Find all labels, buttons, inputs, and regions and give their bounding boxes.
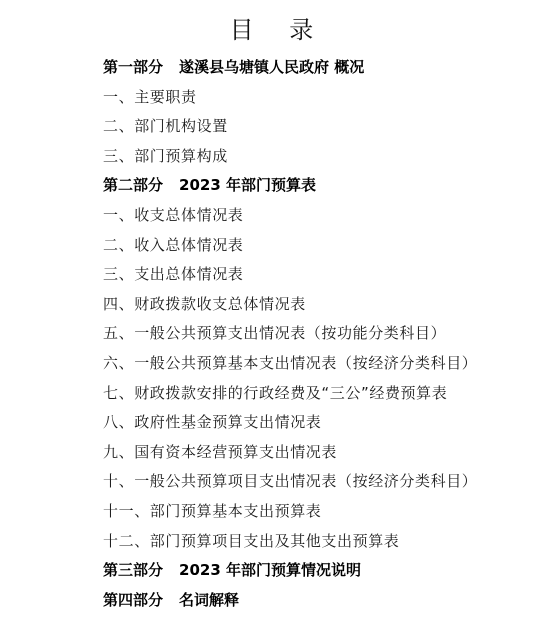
toc-item[interactable]: 八、政府性基金预算支出情况表 [103, 408, 477, 438]
toc-item[interactable]: 三、部门预算构成 [103, 142, 477, 172]
toc-item[interactable]: 六、一般公共预算基本支出情况表（按经济分类科目） [103, 349, 477, 379]
toc-part-1[interactable]: 第一部分遂溪县乌塘镇人民政府 概况 [103, 53, 477, 83]
toc-item[interactable]: 七、财政拨款安排的行政经费及“三公”经费预算表 [103, 379, 477, 409]
toc-item[interactable]: 四、财政拨款收支总体情况表 [103, 290, 477, 320]
part-number: 第三部分 [103, 556, 163, 586]
toc-item[interactable]: 九、国有资本经营预算支出情况表 [103, 438, 477, 468]
table-of-contents: 第一部分遂溪县乌塘镇人民政府 概况 一、主要职责 二、部门机构设置 三、部门预算… [103, 53, 477, 615]
toc-item[interactable]: 十、一般公共预算项目支出情况表（按经济分类科目） [103, 467, 477, 497]
part-number: 第一部分 [103, 53, 163, 83]
toc-title: 目 录 [0, 14, 543, 46]
toc-item[interactable]: 十一、部门预算基本支出预算表 [103, 497, 477, 527]
part-title: 2023 年部门预算情况说明 [179, 561, 361, 579]
toc-item[interactable]: 二、部门机构设置 [103, 112, 477, 142]
toc-item[interactable]: 二、收入总体情况表 [103, 231, 477, 261]
toc-part-4[interactable]: 第四部分名词解释 [103, 586, 477, 616]
toc-item[interactable]: 五、一般公共预算支出情况表（按功能分类科目） [103, 319, 477, 349]
part-number: 第二部分 [103, 171, 163, 201]
part-number: 第四部分 [103, 586, 163, 616]
toc-part-2[interactable]: 第二部分2023 年部门预算表 [103, 171, 477, 201]
part-title: 2023 年部门预算表 [179, 176, 316, 194]
toc-item[interactable]: 三、支出总体情况表 [103, 260, 477, 290]
part-title: 遂溪县乌塘镇人民政府 概况 [179, 58, 364, 76]
toc-item[interactable]: 一、收支总体情况表 [103, 201, 477, 231]
toc-item[interactable]: 十二、部门预算项目支出及其他支出预算表 [103, 527, 477, 557]
part-title: 名词解释 [179, 591, 239, 609]
toc-item[interactable]: 一、主要职责 [103, 83, 477, 113]
toc-part-3[interactable]: 第三部分2023 年部门预算情况说明 [103, 556, 477, 586]
document-page: 目 录 第一部分遂溪县乌塘镇人民政府 概况 一、主要职责 二、部门机构设置 三、… [0, 0, 543, 640]
